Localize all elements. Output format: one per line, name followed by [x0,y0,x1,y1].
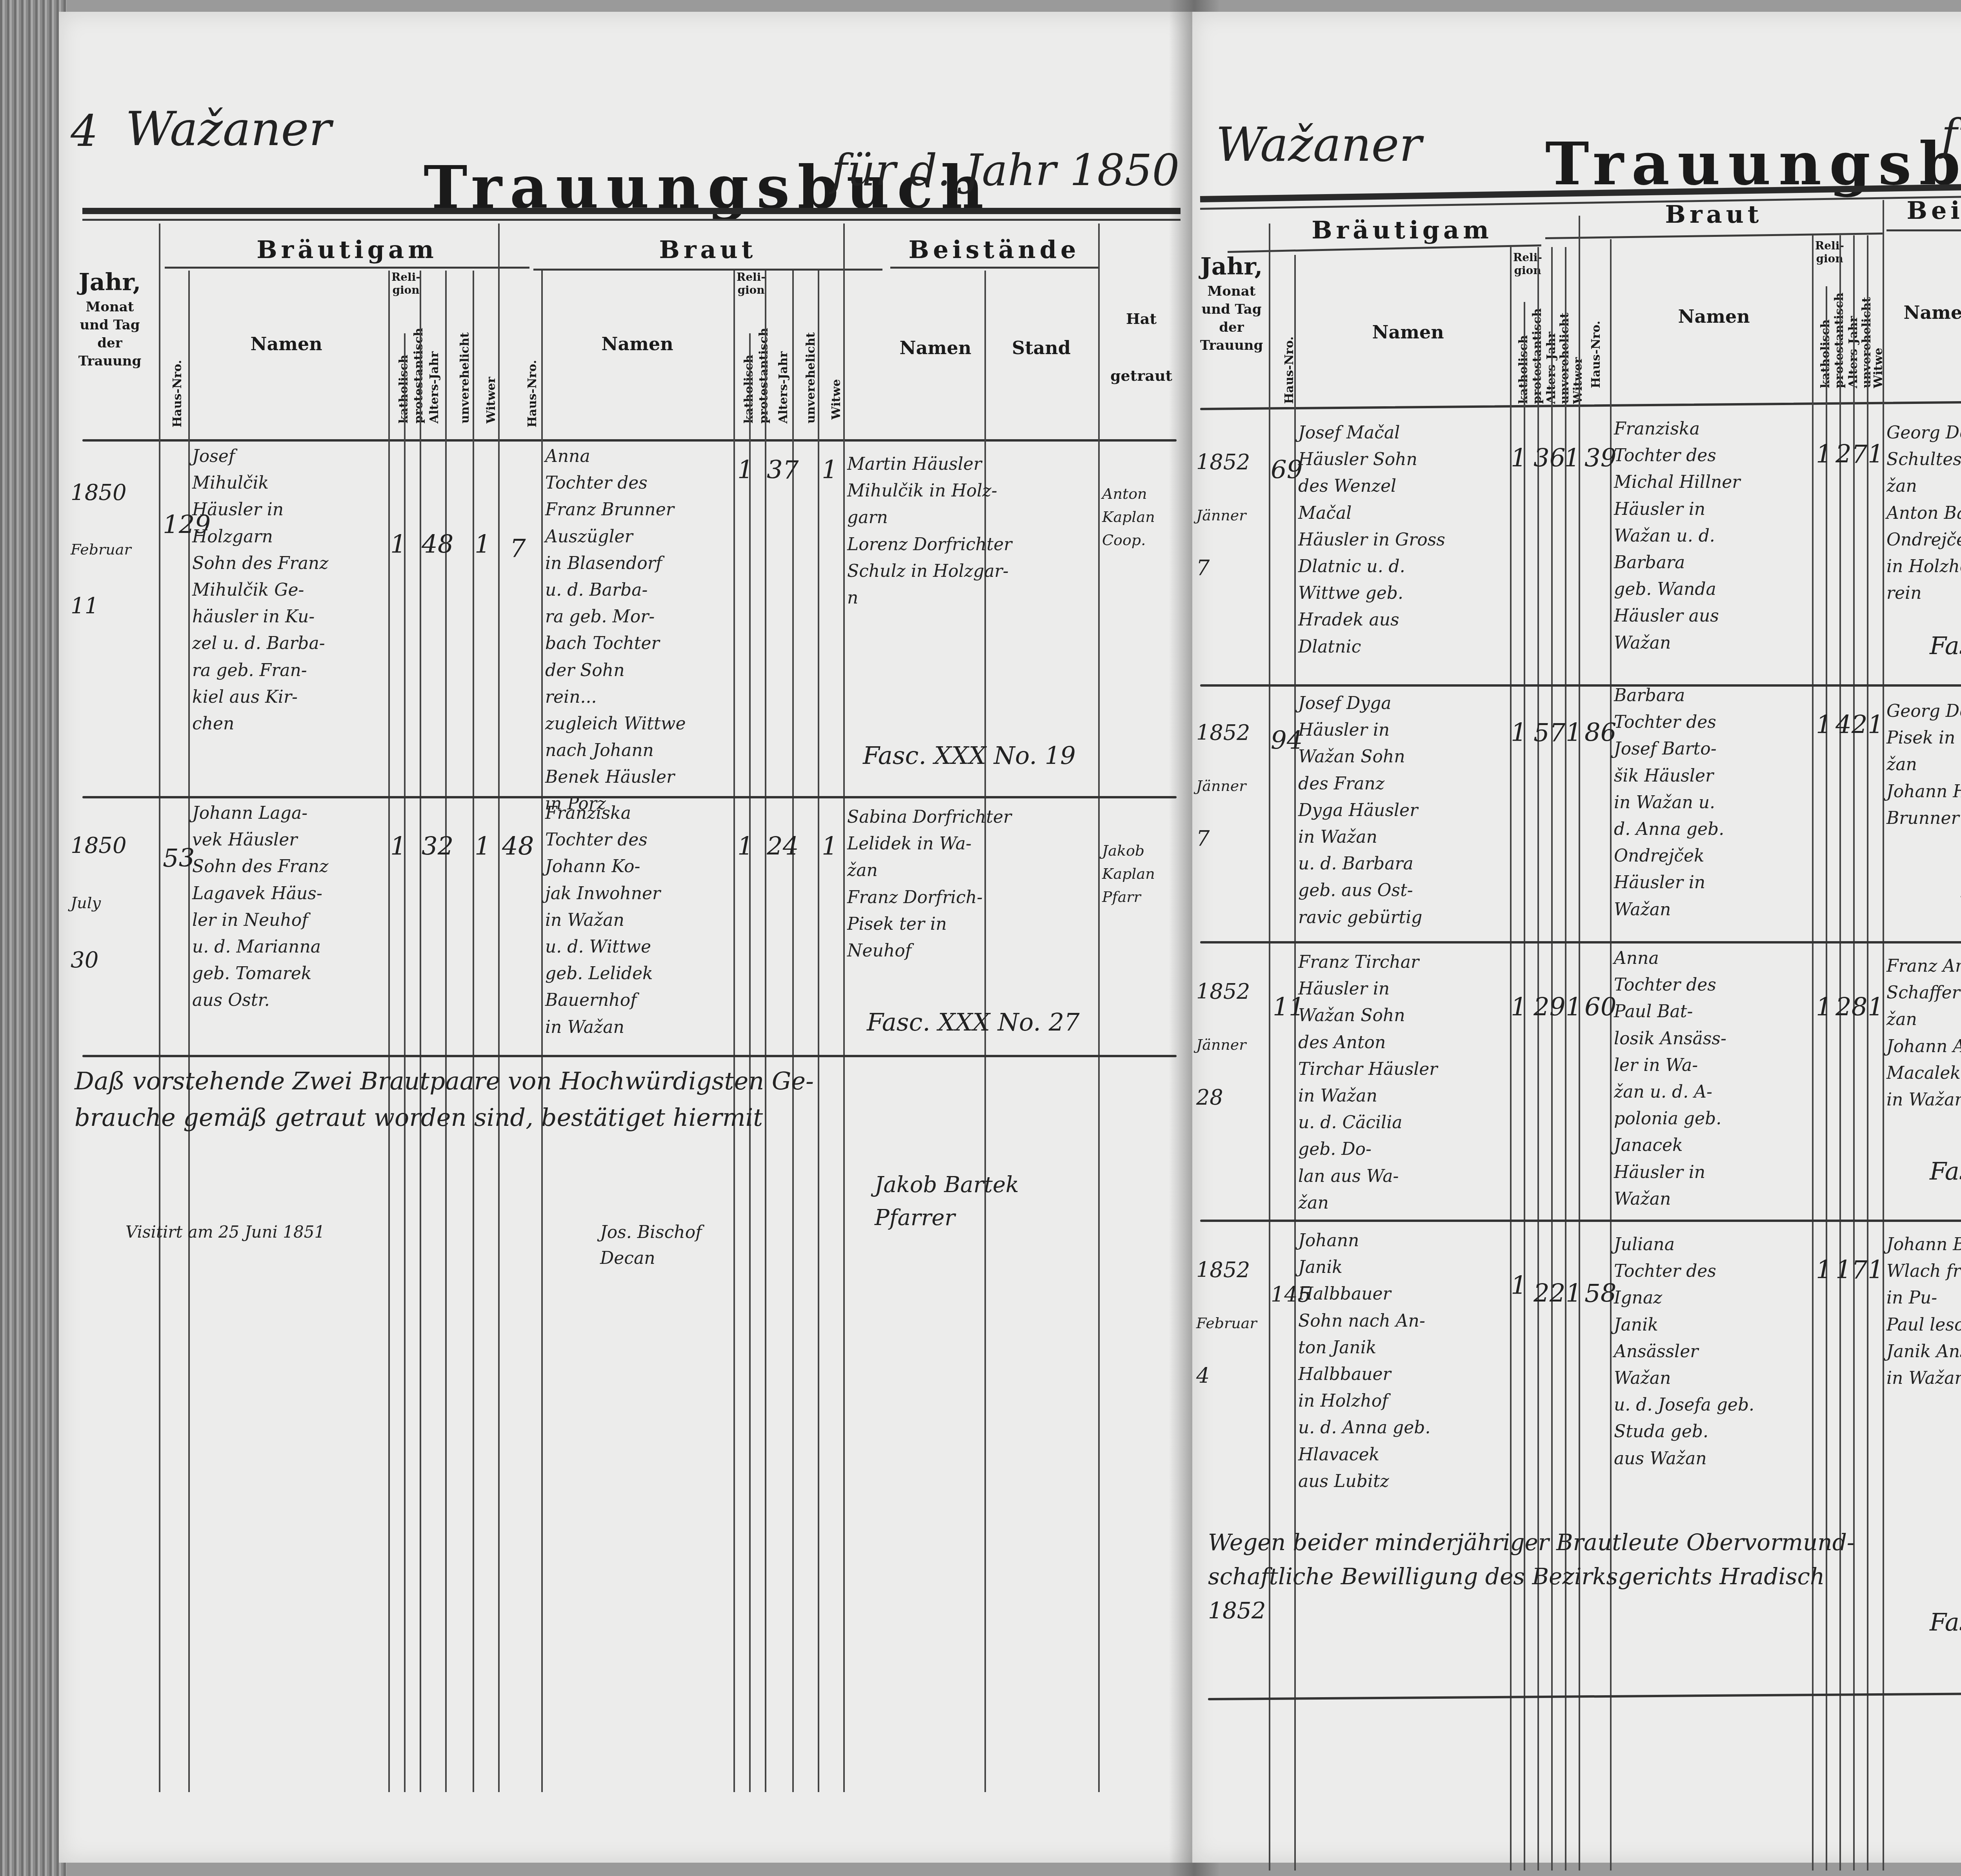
grid-line [445,271,447,1792]
closing-note: Wegen beider minderjähriger Brautleute O… [1208,1525,1961,1628]
bride-name-header: Namen [1616,306,1812,327]
groom-age: 22 [1534,1274,1565,1313]
bride-group-rule [533,269,882,271]
fascicle-reference: Fasc. XXX No. 19 [863,741,1076,770]
groom-protestant-header: protestantisch [412,322,426,424]
bride-unmarried-header: unverehelicht [804,322,818,424]
groom-house-no-header: Haus-Nro. [171,333,184,427]
groom-house-number: 53 [163,839,195,878]
bride-name-entry: Franziska Tochter des Johann Ko- jak Inw… [545,800,733,1041]
groom-age-header: Alters-Jahr [427,322,441,424]
groom-status-mark: 1 [1564,439,1580,478]
witness-name-header: Namen [1886,302,1961,323]
grid-line [473,271,474,1792]
groom-age: 36 [1534,439,1565,478]
grid-line [733,271,735,1792]
grid-line [1524,302,1525,1871]
register-spread: 4 Wažaner Trauungsbuch für d. Jahr 1850 … [0,0,1961,1876]
groom-name-header: Namen [188,333,384,354]
fascicle-reference: Fasc. XXX No. 27 [867,1008,1080,1036]
bride-house-number: 86 [1584,714,1616,753]
grid-line [388,271,390,1792]
entry-divider [82,796,1177,798]
entry-date: 1852 Februar 4 [1196,1227,1267,1419]
groom-age: 32 [422,827,453,866]
right-page: Wažaner Trauungsbuch für Jahr 1852 5 Brä… [1192,12,1961,1863]
grid-line [498,224,500,1792]
register-year-note: für d. Jahr 1850 [831,145,1179,195]
fascicle-reference: Fasc. XXXI No. 11 [1930,1157,1961,1185]
entry-date: 1850 Februar 11 [71,447,157,653]
witness-name-header: Namen [886,337,984,358]
parish-name: Wažaner [1216,118,1422,172]
grid-line [1098,224,1100,1792]
witness-group-header: Beistände [890,235,1098,264]
groom-status-mark: 1 [475,525,491,564]
bride-house-number: 7 [510,529,526,568]
entry-date: 1852 Jänner 7 [1196,420,1267,611]
bride-status-mark: 1 [1868,435,1884,474]
bride-age: 42 [1835,706,1867,745]
groom-catholic-mark: 1 [1511,439,1527,478]
groom-name-entry: Josef Mačal Häusler Sohn des Wenzel Mača… [1298,420,1510,660]
groom-catholic-mark: 1 [390,827,406,866]
groom-name-entry: Josef Dyga Häusler in Wažan Sohn des Fra… [1298,690,1510,931]
groom-group-rule [1228,244,1541,253]
entry-date: 1850 July 30 [71,800,157,1006]
bride-catholic-mark: 1 [1816,1251,1832,1290]
bride-house-number: 39 [1584,439,1616,478]
bride-age-header: Alters-Jahr [777,322,790,424]
grid-line [818,271,819,1792]
witness-status-header: Stand [988,337,1094,358]
groom-status-mark: 1 [1566,1274,1582,1313]
bride-catholic-mark: 1 [1816,988,1832,1027]
witnesses-entry: Martin Häusler Mihulčik in Holz- garn Lo… [847,451,1098,611]
bride-house-no-header: Haus-Nro. [1589,294,1603,388]
bride-status-mark: 1 [1868,706,1884,745]
bride-catholic-mark: 1 [737,451,753,490]
groom-name-entry: Johann Laga- vek Häusler Sohn des Franz … [192,800,388,1014]
header-top-rule [82,208,1181,214]
groom-age: 57 [1534,714,1565,753]
bride-name-header: Namen [545,333,729,354]
bride-age: 28 [1835,988,1867,1027]
register-year-note: für Jahr 1852 [1941,110,1961,160]
groom-status-mark: 1 [1566,988,1582,1027]
entry-divider [82,1055,1177,1057]
witnesses-entry: Franz Ansässler Schaffer in Wa- žan Joha… [1886,953,1961,1113]
bride-house-number: 58 [1584,1274,1616,1313]
bride-status-mark: 1 [822,827,838,866]
grid-line [1826,286,1827,1871]
visitation-signature: Jos. Bischof Decan [600,1220,702,1271]
groom-catholic-mark: 1 [1511,988,1527,1027]
bride-status-mark: 1 [1868,988,1884,1027]
bride-widow-header: Witwe [830,341,843,420]
grid-line [1294,255,1296,1871]
bride-age: 27 [1835,435,1867,474]
header-bottom-rule [82,439,1177,442]
groom-age: 48 [422,525,453,564]
groom-status-mark: 1 [1566,714,1582,753]
groom-religion-header: Reli-gion [1510,251,1545,277]
bride-house-no-header: Haus-Nro. [526,333,539,427]
bride-name-entry: Anna Tochter des Franz Brunner Auszügler… [545,443,733,818]
entry-divider [1200,941,1961,943]
parish-name: Wažaner [126,102,331,156]
bride-house-number: 48 [502,827,534,866]
grid-line [188,271,190,1792]
closing-attestation: Daß vorstehende Zwei Brautpaare von Hoch… [75,1063,1173,1136]
bride-status-mark: 1 [1868,1251,1884,1290]
entry-date: 1852 Jänner 7 [1196,690,1267,882]
bride-name-entry: Franziska Tochter des Michal Hillner Häu… [1614,416,1812,656]
grid-line [843,224,845,1792]
grid-line [159,224,160,1792]
book-edge-left [0,0,67,1876]
bride-status-mark: 1 [822,451,838,490]
grid-line [765,271,766,1792]
visitation-note: Visitirt am 25 Juni 1851 [126,1220,325,1244]
groom-status-mark: 1 [475,827,491,866]
groom-name-entry: Franz Tirchar Häusler in Wažan Sohn des … [1298,949,1510,1216]
groom-group-rule [165,267,529,269]
grid-line [541,271,543,1792]
groom-catholic-mark: 1 [390,525,406,564]
date-column-header: Jahr, Monat und Tag der Trauung [71,267,149,371]
groom-group-header: Bräutigam [1259,216,1545,244]
bride-age: 17 [1835,1251,1867,1290]
groom-catholic-mark: 1 [1511,1267,1527,1305]
bride-age: 24 [767,827,799,866]
groom-widower-header: Witwer [484,322,498,424]
header-top-rule-thin [82,219,1181,221]
witness-group-rule [1886,229,1961,231]
grid-line [420,271,421,1792]
bride-catholic-mark: 1 [737,827,753,866]
fascicle-reference: Fasc. XXVII No. 23 [1930,1608,1961,1636]
bride-catholic-mark: 1 [1816,435,1832,474]
witnesses-entry: Sabina Dorfrichter Lelidek in Wa- žan Fr… [847,804,1098,964]
groom-unmarried-header: unverehelicht [458,322,472,424]
groom-name-entry: Josef Mihulčik Häusler in Holzgarn Sohn … [192,443,388,737]
groom-name-entry: Johann Janik Halbbauer Sohn nach An- ton… [1298,1227,1510,1495]
bride-group-rule [1545,233,1883,239]
witnesses-entry: Johann Bauer Wlach früher in Pu- Paul le… [1886,1231,1961,1392]
bride-house-number: 60 [1584,988,1616,1027]
priest-signature: Jakob Bartek Pfarrer [875,1169,1019,1234]
bride-religion-header: Reli-gion [1812,239,1847,265]
groom-name-header: Namen [1306,322,1510,343]
left-page: 4 Wažaner Trauungsbuch für d. Jahr 1850 … [59,12,1192,1863]
bride-name-entry: Juliana Tochter des Ignaz Janik Ansässle… [1614,1231,1812,1472]
witnesses-entry: Georg Dorfrichter Pisek in Wa- žan Johan… [1886,698,1961,832]
page-end-rule [1208,1691,1961,1700]
fascicle-reference: Fasc. XXXI No. 1 [1930,631,1961,660]
groom-age: 29 [1534,988,1565,1027]
entry-date: 1852 Jänner 28 [1196,949,1267,1141]
bride-catholic-mark: 1 [1816,706,1832,745]
groom-widower-header: Witwer [1571,310,1585,404]
groom-group-header: Bräutigam [169,235,526,264]
groom-religion-header: Reli-gion [388,271,424,296]
bride-name-entry: Anna Tochter des Paul Bat- losik Ansäss-… [1614,945,1812,1212]
bride-name-entry: Barbara Tochter des Josef Barto- šik Häu… [1614,682,1812,923]
groom-catholic-mark: 1 [1511,714,1527,753]
bride-group-header: Braut [1553,200,1875,229]
grid-line [792,271,794,1792]
page-number: 4 [71,106,98,156]
date-column-header: Jahr, Monat und Tag der Trauung [1196,251,1267,355]
bride-age: 37 [767,451,799,490]
bride-religion-header: Reli-gion [733,271,769,296]
bride-group-header: Braut [537,235,879,264]
bride-protestant-header: protestantisch [757,322,771,424]
witnesses-entry: Georg Dorfrichter Schultes in Wa- žan An… [1886,420,1961,607]
witness-group-rule [890,267,1098,269]
witness-group-header: Beistände [1883,196,1961,225]
entry-divider [1200,684,1961,687]
entry-divider [1200,1220,1961,1222]
